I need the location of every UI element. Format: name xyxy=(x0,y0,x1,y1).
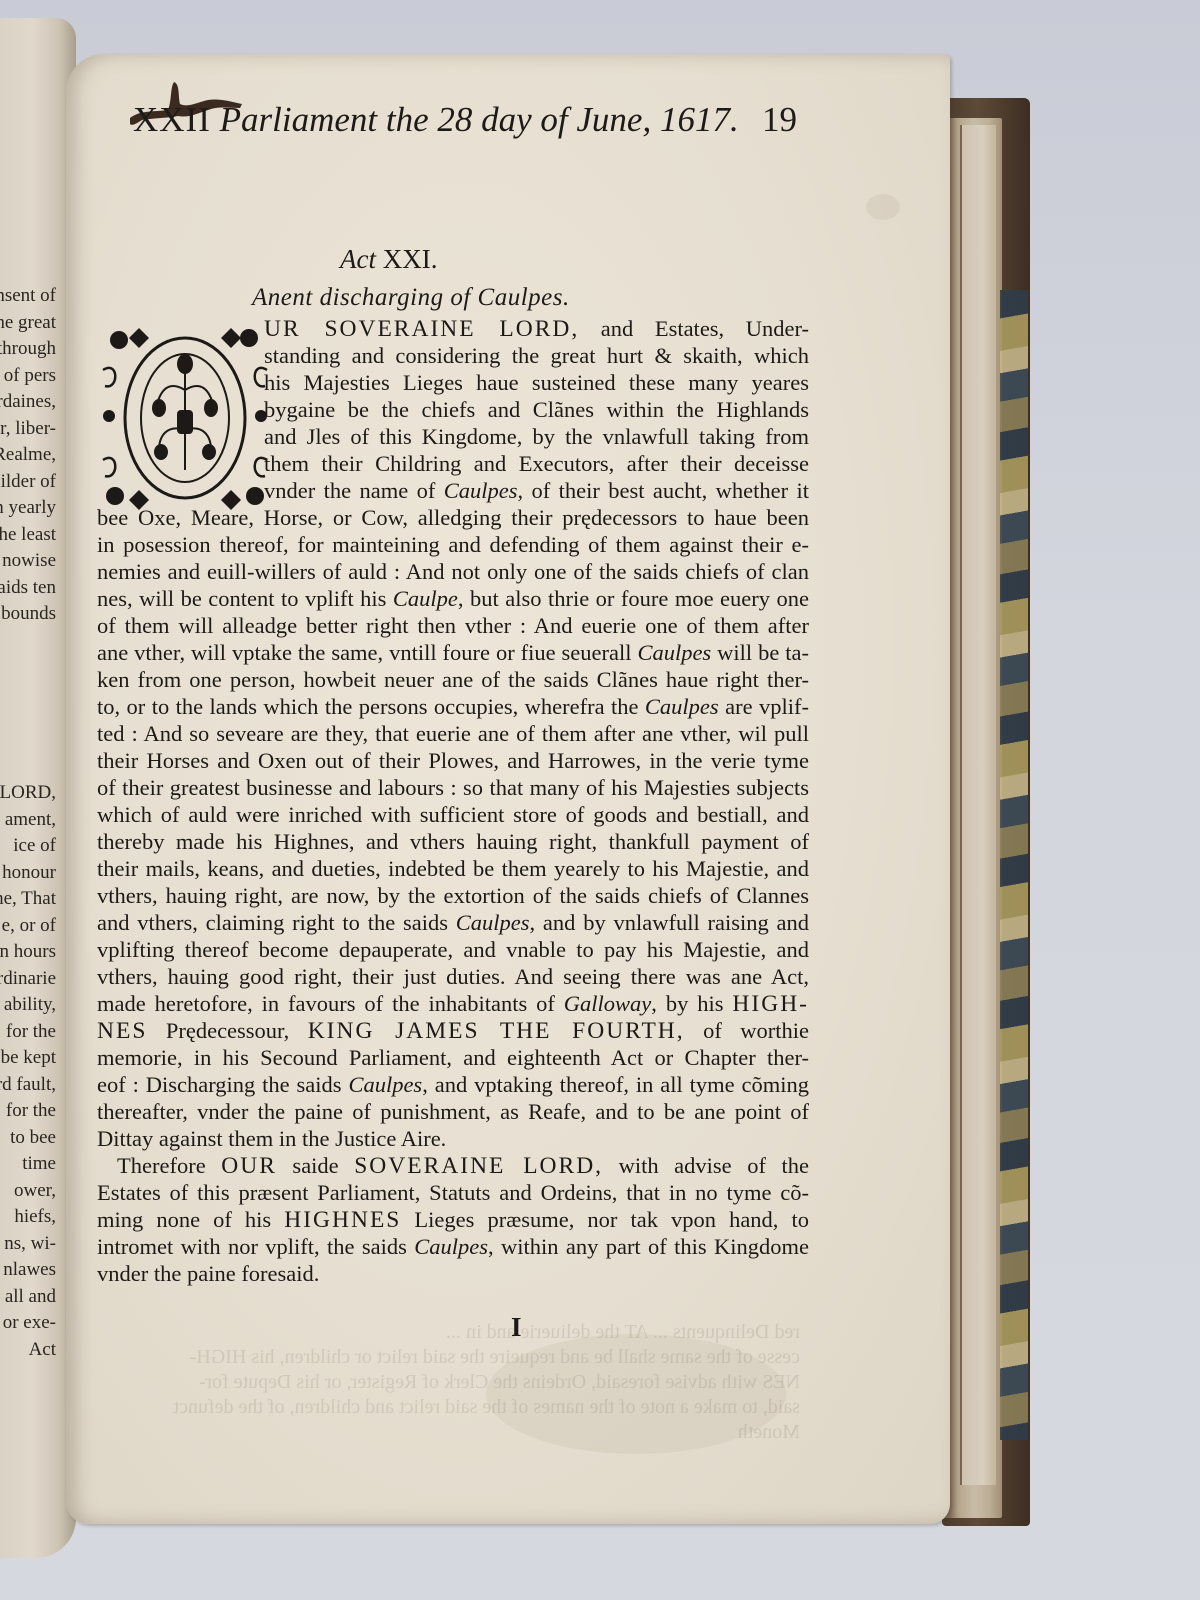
left-page-line: the least xyxy=(0,522,56,549)
left-page-line: ament, xyxy=(0,807,56,834)
left-page: onsent ofthe greatthroughof persordaines… xyxy=(0,18,76,1558)
text-line: and vthers, claiming right to the saids … xyxy=(97,909,809,936)
text-line: nemies and euill-willers of auld : And n… xyxy=(97,558,809,585)
text-line: UR SOVERAINE LORD, and Estates, Under- xyxy=(97,315,809,342)
text-line: thereafter, vnder the paine of punishmen… xyxy=(97,1098,809,1125)
text-line: and Jles of this Kingdome, by the vnlawf… xyxy=(97,423,809,450)
left-page-line: en hours xyxy=(0,939,56,966)
act-number: XXI. xyxy=(383,244,438,274)
left-page-line: LORD, xyxy=(0,780,56,807)
text-line: to, or to the lands which the persons oc… xyxy=(97,693,809,720)
text-line: bee Oxe, Meare, Horse, or Cow, alledging… xyxy=(97,504,809,531)
text-line: his Majesties Lieges haue susteined thes… xyxy=(97,369,809,396)
left-page-line: to bee xyxy=(0,1125,56,1152)
text-line: vthers, hauing right, are now, by the ex… xyxy=(97,882,809,909)
text-line: thereby made his Highnes, and vthers hau… xyxy=(97,828,809,855)
text-line: ming none of his HIGHNES Lieges præsume,… xyxy=(97,1206,809,1233)
left-page-line: ordaines, xyxy=(0,389,56,416)
act-subtitle: Anent discharging of Caulpes. xyxy=(252,284,570,312)
left-page-text-top: onsent ofthe greatthroughof persordaines… xyxy=(0,283,56,628)
left-page-line: ower, xyxy=(0,1178,56,1205)
text-line: vnder the name of Caulpes, of their best… xyxy=(97,477,809,504)
text-line: ken from one person, howbeit neuer ane o… xyxy=(97,666,809,693)
left-page-line: e, or of xyxy=(0,913,56,940)
text-line: Therefore OUR saide SOVERAINE LORD, with… xyxy=(97,1152,809,1179)
book-photo: onsent ofthe greatthroughof persordaines… xyxy=(0,0,1200,1600)
left-page-line: for the xyxy=(0,1019,56,1046)
text-line: NES Prędecessour, KING JAMES THE FOURTH,… xyxy=(97,1017,809,1044)
text-line: which of auld were inriched with suffici… xyxy=(97,801,809,828)
text-line: bygaine be the chiefs and Clãnes within … xyxy=(97,396,809,423)
text-line: vplifting thereof become depauperate, an… xyxy=(97,936,809,963)
signature-mark: I xyxy=(511,1312,522,1343)
left-page-line: nowise xyxy=(0,548,56,575)
paper-stain xyxy=(866,194,900,220)
running-head-title: Parliament the 28 day of June, 1617. xyxy=(220,100,739,139)
left-page-line: time xyxy=(0,1151,56,1178)
text-line: ted : And so seveare are they, that euer… xyxy=(97,720,809,747)
left-page-line: be kept xyxy=(0,1045,56,1072)
text-line: eof : Discharging the saids Caulpes, and… xyxy=(97,1071,809,1098)
left-page-line: bounds xyxy=(0,601,56,628)
text-line: standing and considering the great hurt … xyxy=(97,342,809,369)
left-page-line: onsent of xyxy=(0,283,56,310)
left-page-line: hiefs, xyxy=(0,1204,56,1231)
act-heading: Act XXI. xyxy=(340,244,437,275)
text-line: their Horses and Oxen out of their Plowe… xyxy=(97,747,809,774)
left-page-line: uilder of xyxy=(0,469,56,496)
text-line: Dittay against them in the Justice Aire. xyxy=(97,1125,809,1152)
left-page-line: for the xyxy=(0,1098,56,1125)
left-page-line: ver, liber- xyxy=(0,416,56,443)
left-page-line: or exe- xyxy=(0,1310,56,1337)
show-through-text: red Delinquents ... AT the deliuerie and… xyxy=(100,1320,800,1445)
left-page-line: rdinarie xyxy=(0,966,56,993)
left-page-text-bottom: LORD,ament,ice ofhonourne, Thate, or ofe… xyxy=(0,780,56,1363)
left-page-line: of pers xyxy=(0,363,56,390)
left-page-line: through xyxy=(0,336,56,363)
text-line: intromet with nor vplift, the saids Caul… xyxy=(97,1233,809,1260)
running-head: XXII Parliament the 28 day of June, 1617… xyxy=(133,100,803,160)
left-page-line: ne, That xyxy=(0,886,56,913)
text-line: their mails, keans, and dueties, indebte… xyxy=(97,855,809,882)
left-page-line: all and xyxy=(0,1284,56,1311)
left-page-line: Realme, xyxy=(0,442,56,469)
left-page-line: the great xyxy=(0,310,56,337)
left-page-line: Act xyxy=(0,1337,56,1364)
text-line: vthers, hauing good right, their just du… xyxy=(97,963,809,990)
text-line: in posession thereof, for mainteining an… xyxy=(97,531,809,558)
left-page-line: ability, xyxy=(0,992,56,1019)
marbled-endpaper xyxy=(1000,290,1028,1440)
left-page-line: saids ten xyxy=(0,575,56,602)
left-page-line: ice of xyxy=(0,833,56,860)
act-body-text: UR SOVERAINE LORD, and Estates, Under-st… xyxy=(97,315,809,1287)
session-number: XXII xyxy=(133,100,211,139)
text-line: nes, will be content to vplift his Caulp… xyxy=(97,585,809,612)
text-line: Estates of this præsent Parliament, Stat… xyxy=(97,1179,809,1206)
text-line: memorie, in his Secound Parliament, and … xyxy=(97,1044,809,1071)
text-line: of them will alleadge better right then … xyxy=(97,612,809,639)
text-line: them their Childring and Executors, afte… xyxy=(97,450,809,477)
left-page-line: nlawes xyxy=(0,1257,56,1284)
text-line: vnder the paine foresaid. xyxy=(97,1260,809,1287)
left-page-line: honour xyxy=(0,860,56,887)
text-line: ane vther, will vptake the same, vntill … xyxy=(97,639,809,666)
page-number: 19 xyxy=(762,100,797,140)
left-page-line: n yearly xyxy=(0,495,56,522)
text-line: made heretofore, in favours of the inhab… xyxy=(97,990,809,1017)
text-line: of their greatest businesse and labours … xyxy=(97,774,809,801)
act-label: Act xyxy=(340,244,376,274)
flyleaf xyxy=(960,125,996,1485)
left-page-line: rd fault, xyxy=(0,1072,56,1099)
left-page-line: ns, wi- xyxy=(0,1231,56,1258)
